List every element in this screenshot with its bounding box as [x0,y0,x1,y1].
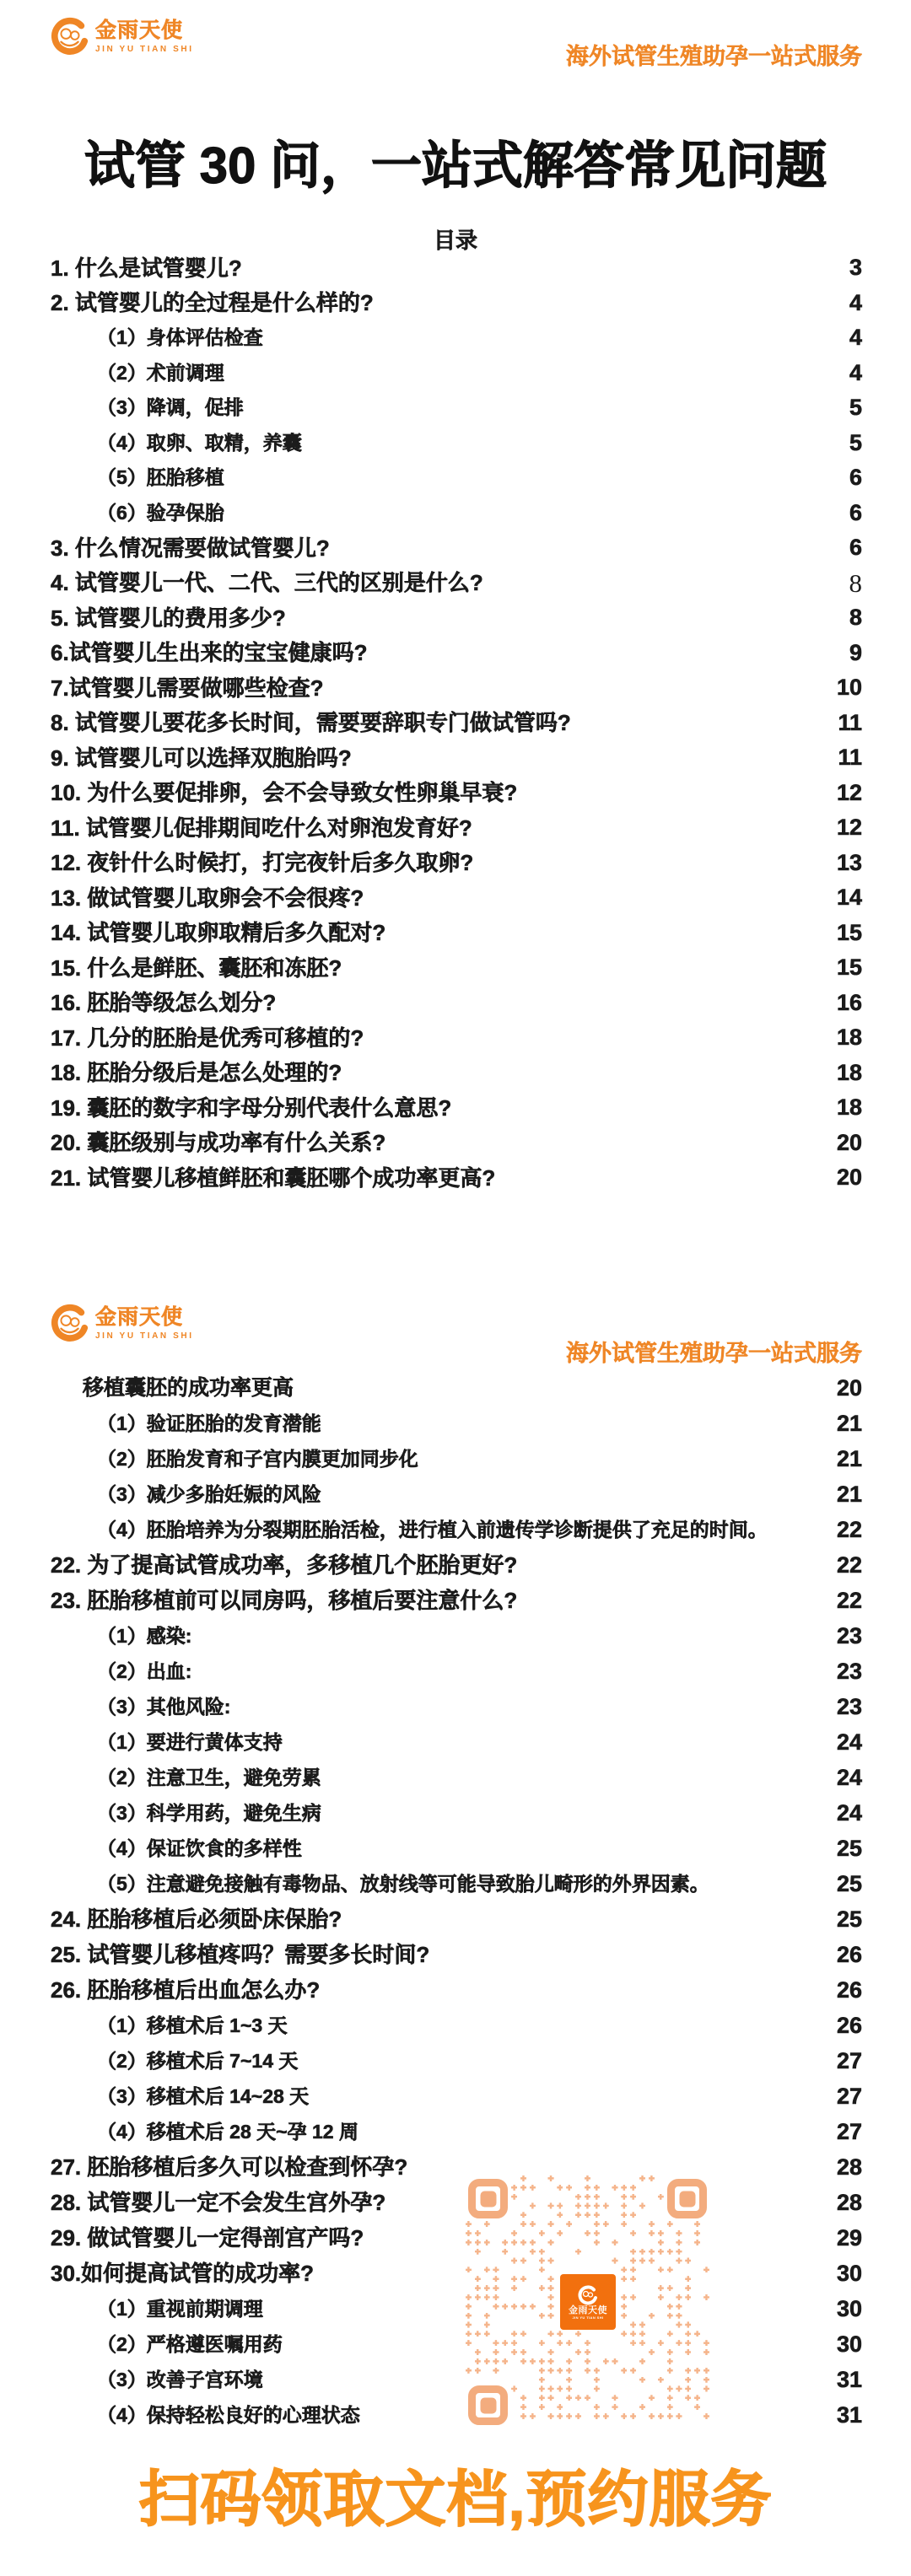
qr-dot [594,2212,600,2218]
qr-dot [466,2313,472,2319]
qr-dot [667,2285,673,2291]
qr-dot [658,2194,664,2200]
qr-dot [511,2331,517,2337]
toc-item-label: （5）注意避免接触有毒物品、放射线等可能导致胎儿畸形的外界因素。 [97,1874,709,1894]
toc-item-label: （2）移植术后 7~14 天 [97,2052,298,2071]
qr-dot [575,2249,581,2255]
qr-dot [466,2294,472,2300]
qr-dot [539,2267,545,2272]
qr-dot [575,2395,581,2401]
qr-dot [639,2404,645,2410]
qr-dot [694,2230,700,2236]
qr-dot [539,2395,545,2401]
toc-item-page-number: 6 [849,536,862,559]
qr-dot [630,2413,636,2419]
toc-item: 10. 为什么要促排卵，会不会导致女性卵巢早衰?12 [51,776,862,811]
qr-dot [566,2413,572,2419]
toc-item-page-number: 23 [837,1625,862,1648]
toc-item-page-number: 26 [837,1979,862,2002]
qr-dot [557,2368,563,2374]
qr-dot [493,2285,499,2291]
toc-item: 22. 为了提高试管成功率，多移植几个胚胎更好?22 [51,1547,862,1583]
qr-dot [475,2358,481,2364]
toc-item: 26. 胚胎移植后出血怎么办?26 [51,1972,862,2008]
qr-dot [649,2395,655,2401]
qr-dot [639,2202,645,2208]
qr-dot [557,2385,563,2391]
toc-item-label: 17. 几分的胚胎是优秀可移植的? [51,1027,364,1049]
qr-dot [667,2249,673,2255]
qr-dot [676,2240,682,2245]
toc-item-page-number: 11 [838,746,862,769]
qr-dot [676,2340,682,2346]
toc-item: （5）胚胎移植6 [51,460,862,496]
qr-dot [603,2221,609,2227]
toc-item-page-number: 21 [837,1412,862,1435]
qr-dot [667,2313,673,2319]
qr-dot [511,2349,517,2355]
qr-dot [530,2240,536,2245]
toc-item-page-number: 13 [837,852,862,874]
qr-dot [685,2377,691,2383]
qr-dot [630,2257,636,2263]
toc-item-label: 移植囊胚的成功率更高 [83,1378,294,1399]
toc-item-label: （3）减少多胎妊娠的风险 [97,1485,321,1504]
qr-dot [612,2185,617,2191]
qr-dot [639,2358,645,2364]
qr-dot [612,2240,617,2245]
toc-item: 2. 试管婴儿的全过程是什么样的?4 [51,286,862,321]
qr-dot [694,2368,700,2374]
qr-dot [547,2413,553,2419]
brand-tagline: 海外试管生殖助孕一站式服务 [566,46,862,68]
qr-dot [667,2331,673,2337]
qr-dot [511,2185,517,2191]
qr-dot [694,2395,700,2401]
toc-item-page-number: 4 [849,362,862,385]
qr-dot [484,2331,490,2337]
toc-item-label: （4）胚胎培养为分裂期胚胎活检，进行植入前遗传学诊断提供了充足的时间。 [97,1520,768,1540]
qr-dot [630,2294,636,2300]
toc-item-page-number: 28 [837,2156,862,2179]
qr-dot [667,2413,673,2419]
qr-dot [621,2202,627,2208]
qr-dot [658,2249,664,2255]
toc-item-label: 9. 试管婴儿可以选择双胞胎吗? [51,747,352,769]
toc-item: 11. 试管婴儿促排期间吃什么对卵泡发育好?12 [51,810,862,846]
qr-dot [539,2385,545,2391]
qr-dot [475,2276,481,2282]
document-page: 金雨天使 JIN YU TIAN SHI 海外试管生殖助孕一站式服务 试管 30… [0,0,911,2576]
toc-item-page-number: 15 [837,922,862,944]
brand-subname: JIN YU TIAN SHI [95,46,194,54]
toc-item-label: （4）取卵、取精，养囊 [97,433,302,453]
qr-dot [484,2294,490,2300]
qr-dot [676,2294,682,2300]
qr-dot [475,2368,481,2374]
toc-item-page-number: 20 [837,1132,862,1154]
qr-dot [475,2349,481,2355]
toc-item-label: 18. 胚胎分级后是怎么处理的? [51,1062,342,1084]
qr-dot [502,2340,508,2346]
toc-item: （3）移植术后 14~28 天27 [51,2079,862,2114]
toc-item-page-number: 31 [837,2369,862,2391]
toc-item-page-number: 18 [837,1026,862,1049]
toc-item-page-number: 15 [837,956,862,979]
qr-dot [630,2185,636,2191]
brand-tagline: 海外试管生殖助孕一站式服务 [566,1342,862,1365]
qr-dot [649,2249,655,2255]
toc-item: （4）保证饮食的多样性25 [51,1831,862,1866]
qr-dot [547,2221,553,2227]
qr-dot [585,2340,590,2346]
qr-dot [575,2349,581,2355]
qr-dot [649,2230,655,2236]
qr-dot [539,2257,545,2263]
toc-list-page2: 移植囊胚的成功率更高20（1）验证胚胎的发育潜能21（2）胚胎发育和子宫内膜更加… [51,1370,862,2433]
qr-dot [649,2221,655,2227]
qr-dot [658,2240,664,2245]
toc-item-page-number: 9 [849,642,862,664]
qr-dot [667,2395,673,2401]
page-title: 试管 30 问，一站式解答常见问题 [0,138,911,194]
qr-dot [585,2349,590,2355]
qr-dot [630,2368,636,2374]
toc-item: 15. 什么是鲜胚、囊胚和冻胚?15 [51,950,862,986]
toc-item-page-number: 26 [837,1944,862,1966]
qr-dot [667,2349,673,2355]
toc-item-label: （1）重视前期调理 [97,2299,263,2319]
qr-dot [484,2240,490,2245]
qr-dot [466,2321,472,2327]
qr-dot [694,2331,700,2337]
qr-dot [676,2313,682,2319]
toc-item-page-number: 24 [837,1767,862,1789]
toc-item-label: 1. 什么是试管婴儿? [51,257,242,279]
qr-dot [557,2202,563,2208]
toc-item-page-number: 8 [849,570,863,596]
qr-dot [612,2257,617,2263]
toc-item: （2）注意卫生，避免劳累24 [51,1760,862,1795]
qr-dot [667,2358,673,2364]
qr-dot [511,2340,517,2346]
toc-item: （1）验证胚胎的发育潜能21 [51,1406,862,1441]
toc-item-page-number: 16 [837,992,862,1014]
qr-dot [658,2285,664,2291]
qr-dot [520,2257,526,2263]
toc-item: 17. 几分的胚胎是优秀可移植的?18 [51,1020,862,1056]
toc-item-label: 13. 做试管婴儿取卵会不会很疼? [51,887,364,909]
brand-text: 金雨天使 JIN YU TIAN SHI [95,20,194,54]
qr-dot [694,2404,700,2410]
toc-item: （2）出血:23 [51,1654,862,1689]
toc-item-label: 15. 什么是鲜胚、囊胚和冻胚? [51,957,342,979]
qr-dot [612,2404,617,2410]
toc-item-page-number: 22 [837,1554,862,1577]
toc-item-label: （6）验孕保胎 [97,503,224,523]
qr-dot [603,2413,609,2419]
toc-item-label: （4）保持轻松良好的心理状态 [97,2406,360,2425]
qr-dot [585,2185,590,2191]
qr-dot [639,2257,645,2263]
toc-item-page-number: 24 [837,1731,862,1754]
qr-dot [539,2249,545,2255]
qr-dot [520,2212,526,2218]
qr-dot [612,2395,617,2401]
qr-dot [594,2230,600,2236]
toc-item-page-number: 30 [837,2298,862,2321]
qr-dot [621,2267,627,2272]
toc-item-label: （3）科学用药，避免生病 [97,1804,321,1823]
qr-dot [547,2395,553,2401]
qr-dot [547,2349,553,2355]
qr-dot [621,2221,627,2227]
qr-dot [676,2385,682,2391]
qr-dot [703,2294,709,2300]
toc-item-page-number: 22 [837,1519,862,1541]
brand-subname: JIN YU TIAN SHI [95,1332,194,1341]
qr-dot [676,2230,682,2236]
toc-item-label: 2. 试管婴儿的全过程是什么样的? [51,292,374,314]
qr-dot [547,2202,553,2208]
qr-dot [594,2194,600,2200]
toc-item-label: 22. 为了提高试管成功率，多移植几个胚胎更好? [51,1554,517,1576]
qr-dot [475,2285,481,2291]
qr-dot [520,2304,526,2310]
qr-dot [621,2194,627,2200]
qr-dot [502,2240,508,2245]
qr-dot [685,2276,691,2282]
qr-dot [557,2331,563,2337]
toc-item-label: 21. 试管婴儿移植鲜胚和囊胚哪个成功率更高? [51,1167,495,1189]
qr-dot [621,2276,627,2282]
qr-finder-top-left [468,2179,508,2218]
qr-dot [630,2212,636,2218]
toc-item: （2）移植术后 7~14 天27 [51,2043,862,2079]
toc-item: 20. 囊胚级别与成功率有什么关系?20 [51,1126,862,1161]
qr-dot [466,2368,472,2374]
toc-item: （1）移植术后 1~3 天26 [51,2008,862,2043]
toc-item: 16. 胚胎等级怎么划分?16 [51,986,862,1021]
toc-item-page-number: 21 [837,1483,862,1506]
toc-item-label: 16. 胚胎等级怎么划分? [51,992,276,1014]
qr-dot [502,2304,508,2310]
qr-dot [603,2358,609,2364]
qr-dot [547,2313,553,2319]
qr-dot [685,2340,691,2346]
qr-dot [621,2294,627,2300]
toc-item-label: （3）改善子宫环境 [97,2370,263,2390]
qr-dot [685,2395,691,2401]
toc-item-label: （3）移植术后 14~28 天 [97,2087,309,2106]
toc-item-page-number: 20 [837,1166,862,1189]
qr-dot [658,2267,664,2272]
qr-dot [703,2340,709,2346]
qr-dot [685,2257,691,2263]
toc-item: （5）注意避免接触有毒物品、放射线等可能导致胎儿畸形的外界因素。25 [51,1866,862,1901]
qr-dot [493,2276,499,2282]
qr-dot [547,2294,553,2300]
toc-item: 6.试管婴儿生出来的宝宝健康吗?9 [51,636,862,671]
footer-cta: 扫码领取文档,预约服务 [0,2467,911,2534]
toc-item: 27. 胚胎移植后多久可以检查到怀孕?28 [51,2149,862,2185]
toc-item: 3. 什么情况需要做试管婴儿?6 [51,530,862,566]
qr-dot [539,2358,545,2364]
qr-dot [667,2368,673,2374]
toc-item: （2）术前调理4 [51,356,862,391]
brand-name: 金雨天使 [95,20,194,41]
qr-dot [585,2395,590,2401]
qr-dot [493,2340,499,2346]
qr-dot [639,2321,645,2327]
toc-item: （1）感染:23 [51,1618,862,1654]
qr-dot [630,2331,636,2337]
qr-dot [466,2331,472,2337]
qr-dot [685,2385,691,2391]
toc-item-page-number: 18 [837,1062,862,1084]
toc-item: 25. 试管婴儿移植疼吗？需要多长时间?26 [51,1937,862,1972]
qr-dot [502,2358,508,2364]
toc-item-page-number: 21 [837,1448,862,1471]
toc-item: 8. 试管婴儿要花多长时间，需要要辞职专门做试管吗?11 [51,706,862,741]
qr-dot [511,2304,517,2310]
toc-item: 29. 做试管婴儿一定得剖宫产吗?29 [51,2220,862,2256]
qr-dot [667,2267,673,2272]
qr-dot [685,2331,691,2337]
qr-dot [639,2175,645,2181]
qr-dot [667,2221,673,2227]
toc-item-page-number: 25 [837,1873,862,1896]
qr-dot [676,2321,682,2327]
qr-dot [594,2221,600,2227]
toc-item-label: （4）保证饮食的多样性 [97,1839,302,1858]
toc-item: 28. 试管婴儿一定不会发生宫外孕?28 [51,2185,862,2220]
qr-dot [630,2321,636,2327]
toc-item: （1）要进行黄体支持24 [51,1724,862,1760]
qr-dot [575,2202,581,2208]
qr-dot [621,2368,627,2374]
qr-center-label: 金雨天使 [569,2306,607,2315]
toc-list-page1: 1. 什么是试管婴儿?32. 试管婴儿的全过程是什么样的?4（1）身体评估检查4… [51,250,862,1196]
toc-item-page-number: 22 [837,1589,862,1612]
qr-dot [520,2349,526,2355]
qr-dot [539,2230,545,2236]
qr-dot [520,2175,526,2181]
toc-item-label: 23. 胚胎移植前可以同房吗，移植后要注意什么? [51,1589,517,1611]
qr-dot [530,2304,536,2310]
toc-item-label: （1）感染: [97,1627,191,1646]
toc-item-label: （2）胚胎发育和子宫内膜更加同步化 [97,1449,418,1469]
qr-center-logo: 金雨天使 JIN YU TIAN SHI [560,2274,616,2330]
qr-dot [621,2331,627,2337]
toc-item-label: 19. 囊胚的数字和字母分别代表什么意思? [51,1097,451,1119]
toc-item-page-number: 12 [837,782,862,804]
qr-dot [703,2377,709,2383]
qr-dot [667,2304,673,2310]
qr-dot [658,2413,664,2419]
qr-dot [585,2358,590,2364]
toc-item-label: 8. 试管婴儿要花多长时间，需要要辞职专门做试管吗? [51,712,571,734]
toc-item: （3）科学用药，避免生病24 [51,1795,862,1831]
toc-item: 9. 试管婴儿可以选择双胞胎吗?11 [51,740,862,776]
qr-dot [649,2257,655,2263]
qr-dot [493,2294,499,2300]
toc-item-page-number: 27 [837,2085,862,2108]
qr-dot [649,2349,655,2355]
qr-dot [520,2404,526,2410]
toc-item: （4）取卵、取精，养囊5 [51,426,862,461]
toc-item-label: 26. 胚胎移植后出血怎么办? [51,1979,320,2001]
toc-item: （1）重视前期调理30 [51,2291,862,2326]
qr-dot [594,2377,600,2383]
qr-dot [658,2230,664,2236]
qr-dot [575,2331,581,2337]
qr-dot [594,2413,600,2419]
qr-dot [475,2240,481,2245]
qr-dot [547,2385,553,2391]
qr-dot [520,2395,526,2401]
toc-item: （4）保持轻松良好的心理状态31 [51,2397,862,2433]
qr-dot [649,2175,655,2181]
qr-dot [649,2413,655,2419]
qr-dot [484,2221,490,2227]
toc-item: （4）胚胎培养为分裂期胚胎活检，进行植入前遗传学诊断提供了充足的时间。22 [51,1512,862,1547]
toc-item-label: 20. 囊胚级别与成功率有什么关系? [51,1132,385,1154]
toc-item-page-number: 23 [837,1660,862,1683]
qr-dot [511,2230,517,2236]
qr-dot [676,2304,682,2310]
qr-dot [539,2368,545,2374]
qr-dot [511,2385,517,2391]
qr-dot [566,2395,572,2401]
toc-item: 21. 试管婴儿移植鲜胚和囊胚哪个成功率更高?20 [51,1160,862,1196]
qr-finder-top-right [667,2179,707,2218]
toc-item-page-number: 27 [837,2121,862,2143]
toc-item-page-number: 3 [849,256,862,279]
page1-header: 金雨天使 JIN YU TIAN SHI 海外试管生殖助孕一站式服务 [51,17,862,110]
toc-item-label: 11. 试管婴儿促排期间吃什么对卵泡发育好? [51,817,472,839]
qr-dot [585,2175,590,2181]
toc-item-label: 30.如何提高试管的成功率? [51,2262,314,2284]
qr-dot [547,2331,553,2337]
toc-item-label: 6.试管婴儿生出来的宝宝健康吗? [51,642,368,664]
toc-item-label: 4. 试管婴儿一代、二代、三代的区别是什么? [51,572,483,594]
qr-dot [639,2331,645,2337]
qr-dot [658,2340,664,2346]
qr-dot [658,2377,664,2383]
toc-item-label: （2）注意卫生，避免劳累 [97,1768,321,1788]
qr-dot [484,2285,490,2291]
toc-item: 14. 试管婴儿取卵取精后多久配对?15 [51,916,862,951]
qr-dot [493,2304,499,2310]
qr-center-sublabel: JIN YU TIAN SHI [572,2316,603,2320]
qr-dot [520,2358,526,2364]
qr-dot [475,2230,481,2236]
qr-dot [694,2221,700,2227]
qr-dot [621,2304,627,2310]
qr-dot [694,2240,700,2245]
qr-dot [539,2340,545,2346]
qr-dot [557,2212,563,2218]
qr-dot [703,2385,709,2391]
toc-item-page-number: 31 [837,2404,862,2427]
qr-dot [667,2385,673,2391]
qr-dot [621,2185,627,2191]
qr-dot [594,2385,600,2391]
toc-item: （2）严格遵医嘱用药30 [51,2326,862,2362]
toc-item-label: 27. 胚胎移植后多久可以检查到怀孕? [51,2156,407,2178]
qr-dot [639,2377,645,2383]
